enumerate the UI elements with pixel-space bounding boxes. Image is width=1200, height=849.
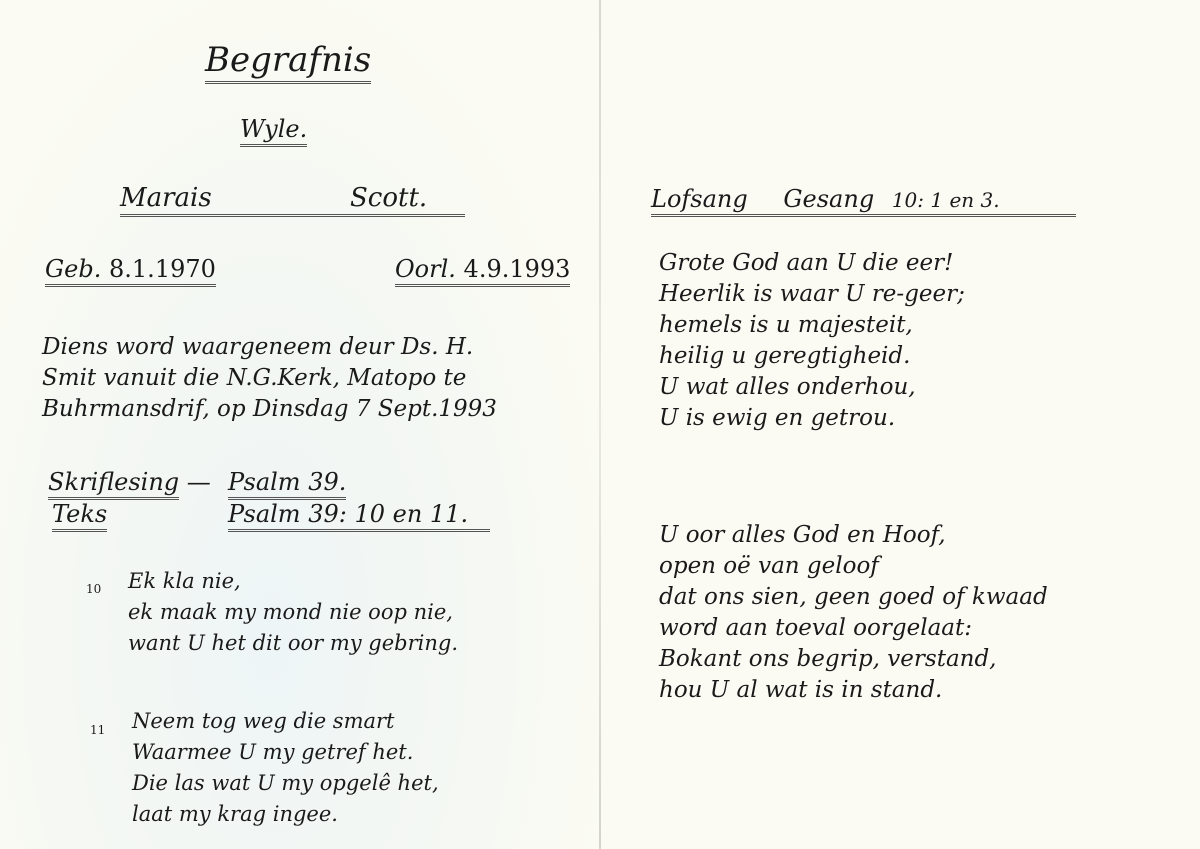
verse-line: laat my krag ingee. — [132, 799, 439, 830]
stanza-line: heilig u geregtigheid. — [659, 341, 965, 372]
stanza-line: dat ons sien, geen goed of kwaad — [659, 582, 1048, 613]
hymn-stanza-3: U oor alles God en Hoof, open oë van gel… — [659, 520, 1048, 706]
verse-line: ek maak my mond nie oop nie, — [128, 597, 458, 628]
service-line: Smit vanuit die N.G.Kerk, Matopo te — [42, 363, 497, 394]
service-info: Diens word waargeneem deur Ds. H. Smit v… — [42, 332, 497, 425]
verse-line: Waarmee U my getref het. — [132, 737, 439, 768]
stanza-line: Bokant ons begrip, verstand, — [659, 644, 1048, 675]
died-value: 4.9.1993 — [464, 255, 571, 283]
verse-11: Neem tog weg die smart Waarmee U my getr… — [132, 706, 439, 830]
born-label: Geb. — [45, 255, 101, 283]
right-page: Lofsang Gesang 10: 1 en 3. Grote God aan… — [601, 0, 1200, 849]
hymn-label: Lofsang — [651, 185, 748, 213]
text-label: Teks — [52, 500, 107, 532]
stanza-line: U wat alles onderhou, — [659, 372, 965, 403]
stanza-line: U oor alles God en Hoof, — [659, 520, 1048, 551]
birth-date: Geb. 8.1.1970 — [45, 255, 216, 287]
hymn-heading: Lofsang Gesang 10: 1 en 3. — [651, 185, 1076, 217]
died-label: Oorl. — [395, 255, 456, 283]
stanza-line: word aan toeval oorgelaat: — [659, 613, 1048, 644]
stanza-line: Grote God aan U die eer! — [659, 248, 965, 279]
page-title: Begrafnis — [205, 40, 371, 84]
last-name: Scott. — [350, 183, 427, 213]
hymn-reference: 10: 1 en 3. — [892, 188, 1000, 212]
stanza-line: open oë van geloof — [659, 551, 1048, 582]
born-value: 8.1.1970 — [109, 255, 216, 283]
scripture-reading-label: Skriflesing — — [48, 468, 211, 496]
hymn-name: Gesang — [783, 185, 874, 213]
service-line: Diens word waargeneem deur Ds. H. — [42, 332, 497, 363]
first-name: Marais — [120, 183, 212, 213]
verse-line: want U het dit oor my gebring. — [128, 628, 458, 659]
verse-number: 11 — [90, 723, 105, 737]
subtitle: Wyle. — [240, 115, 307, 147]
verse-line: Die las wat U my opgelê het, — [132, 768, 439, 799]
verse-number: 10 — [86, 582, 101, 596]
verse-line: Ek kla nie, — [128, 566, 458, 597]
scripture-reading-value: Psalm 39. — [228, 468, 346, 500]
deceased-name: Marais Scott. — [120, 183, 465, 217]
service-line: Buhrmansdrif, op Dinsdag 7 Sept.1993 — [42, 394, 497, 425]
verse-line: Neem tog weg die smart — [132, 706, 439, 737]
text-value: Psalm 39: 10 en 11. — [228, 500, 490, 532]
stanza-line: U is ewig en getrou. — [659, 403, 965, 434]
left-page: Begrafnis Wyle. Marais Scott. Geb. 8.1.1… — [0, 0, 600, 849]
verse-10: Ek kla nie, ek maak my mond nie oop nie,… — [128, 566, 458, 659]
hymn-stanza-1: Grote God aan U die eer! Heerlik is waar… — [659, 248, 965, 434]
stanza-line: hemels is u majesteit, — [659, 310, 965, 341]
death-date: Oorl. 4.9.1993 — [395, 255, 570, 287]
stanza-line: hou U al wat is in stand. — [659, 675, 1048, 706]
stanza-line: Heerlik is waar U re-geer; — [659, 279, 965, 310]
